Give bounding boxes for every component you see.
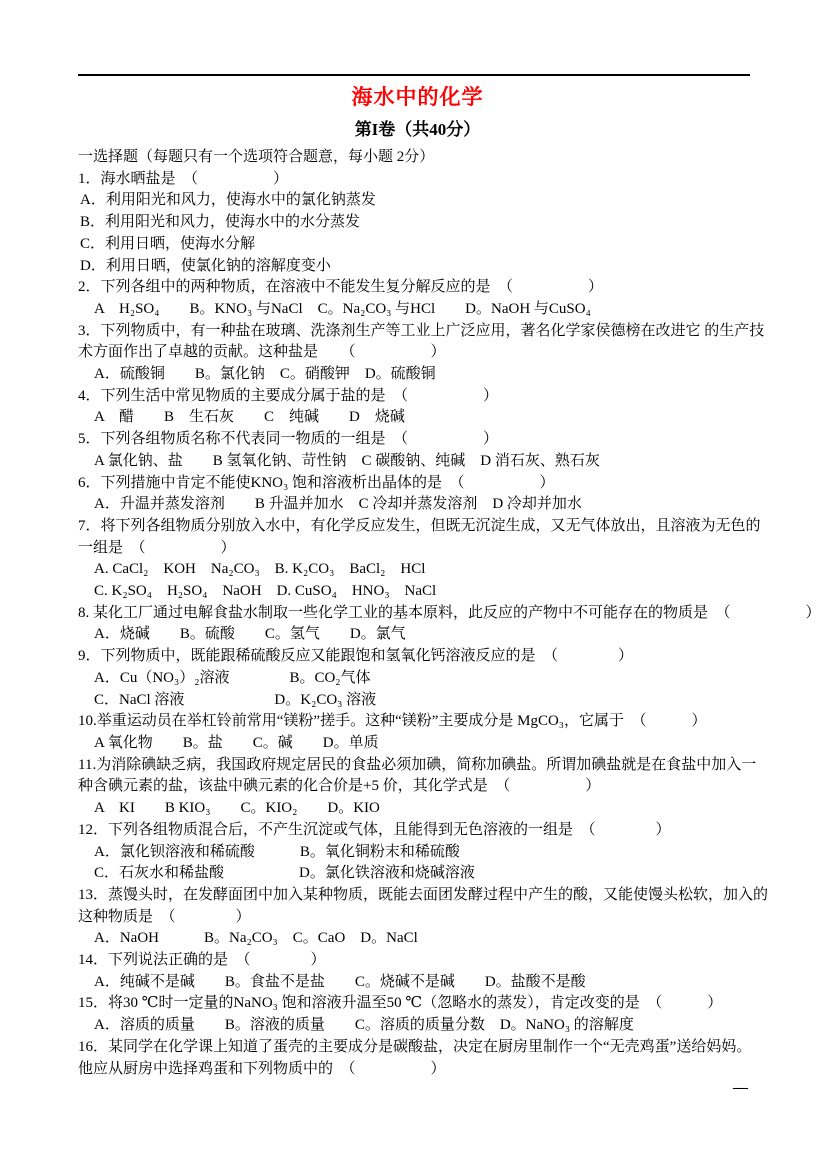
question-12-option-line: C．石灰水和稀盐酸 D。氯化铁溶液和烧碱溶液: [78, 863, 757, 885]
question-8-option-line: A．烧碱 B。硫酸 C。氢气 D。氯气: [78, 624, 757, 646]
question-7-option-line: A. CaCl₂ KOH Na₂CO₃ B. K₂CO₃ BaCl₂ HCl: [78, 559, 757, 581]
question-5-stem-line: 5．下列各组物质名称不代表同一物质的一组是 （ ）: [78, 429, 757, 451]
question-3-stem-line: 术方面作出了卓越的贡献。这种盐是 （ ）: [78, 342, 757, 364]
section-instructions: 一选择题（每题只有一个选项符合题意，每小题 2分）: [78, 147, 757, 169]
question-2-stem-line: 2．下列各组中的两种物质，在溶液中不能发生复分解反应的是 （ ）: [78, 277, 757, 299]
question-1-option-line: D．利用日晒，使氯化钠的溶解度变小: [78, 256, 757, 278]
question-3-stem-line: 3．下列物质中，有一种盐在玻璃、洗涤剂生产等工业上广泛应用，著名化学家侯德榜在改…: [78, 321, 757, 343]
question-6-stem-line: 6．下列措施中肯定不能使KNO₃ 饱和溶液析出晶体的是 （ ）: [78, 473, 757, 495]
question-4-stem-line: 4．下列生活中常见物质的主要成分属于盐的是 （ ）: [78, 386, 757, 408]
question-11-option-line: A KI B KIO₃ C。KIO₂ D。KIO: [78, 798, 757, 820]
question-16-stem-line: 他应从厨房中选择鸡蛋和下列物质中的 （ ）: [78, 1059, 757, 1081]
question-10-stem-line: 10.举重运动员在举杠铃前常用“镁粉”搓手。这种“镁粉”主要成分是 MgCO₃，…: [78, 711, 757, 733]
question-9-stem-line: 9．下列物质中，既能跟稀硫酸反应又能跟饱和氢氧化钙溶液反应的是 （ ）: [78, 646, 757, 668]
question-9-option-line: A．Cu（NO₃）₂溶液 B。CO₂气体: [78, 668, 757, 690]
question-1-option-line: C．利用日晒，使海水分解: [78, 234, 757, 256]
question-12-stem-line: 12．下列各组物质混合后，不产生沉淀或气体，且能得到无色溶液的一组是 （ ）: [78, 820, 757, 842]
horizontal-rule: [78, 74, 750, 76]
volume-heading: 第I卷（共40分）: [78, 119, 757, 141]
question-15-stem-line: 15．将30 ℃时一定量的NaNO₃ 饱和溶液升温至50 ℃（忽略水的蒸发），肯…: [78, 993, 757, 1015]
question-list: 1．海水晒盐是 （ ）A．利用阳光和风力，使海水中的氯化钠蒸发B．利用阳光和风力…: [78, 169, 757, 1081]
question-14-stem-line: 14．下列说法正确的是 （ ）: [78, 950, 757, 972]
question-5-option-line: A 氯化钠、盐 B 氢氧化钠、苛性钠 C 碳酸钠、纯碱 D 消石灰、熟石灰: [78, 451, 757, 473]
page-number-dash: —: [733, 1080, 748, 1097]
question-3-option-line: A．硫酸铜 B。氯化钠 C。硝酸钾 D。硫酸铜: [78, 364, 757, 386]
page-title: 海水中的化学: [78, 84, 757, 110]
question-13-stem-line: 13．蒸馒头时，在发酵面团中加入某种物质，既能去面团发酵过程中产生的酸，又能使馒…: [78, 885, 757, 907]
question-13-stem-line: 这种物质是 （ ）: [78, 907, 757, 929]
question-2-option-line: A H₂SO₄ B。KNO₃ 与NaCl C。Na₂CO₃ 与HCl D。NaO…: [78, 299, 757, 321]
question-16-stem-line: 16．某同学在化学课上知道了蛋壳的主要成分是碳酸盐，决定在厨房里制作一个“无壳鸡…: [78, 1037, 757, 1059]
question-15-option-line: A．溶质的质量 B。溶液的质量 C。溶质的质量分数 D。NaNO₃ 的溶解度: [78, 1015, 757, 1037]
question-10-option-line: A 氧化物 B。盐 C。碱 D。单质: [78, 733, 757, 755]
question-1-option-line: A．利用阳光和风力，使海水中的氯化钠蒸发: [78, 190, 757, 212]
question-7-stem-line: 一组是 （ ）: [78, 538, 757, 560]
question-8-stem-line: 8. 某化工厂通过电解食盐水制取一些化学工业的基本原料，此反应的产物中不可能存在…: [78, 603, 757, 625]
question-14-option-line: A．纯碱不是碱 B。食盐不是盐 C。烧碱不是碱 D。盐酸不是酸: [78, 972, 757, 994]
question-12-option-line: A．氯化钡溶液和稀硫酸 B。氧化铜粉末和稀硫酸: [78, 842, 757, 864]
question-11-stem-line: 11.为消除碘缺乏病，我国政府规定居民的食盐必须加碘，简称加碘盐。所谓加碘盐就是…: [78, 755, 757, 777]
question-11-stem-line: 种含碘元素的盐，该盐中碘元素的化合价是+5 价，其化学式是 （ ）: [78, 776, 757, 798]
question-4-option-line: A 醋 B 生石灰 C 纯碱 D 烧碱: [78, 407, 757, 429]
question-13-option-line: A．NaOH B。Na₂CO₃ C。CaO D。NaCl: [78, 928, 757, 950]
question-7-stem-line: 7．将下列各组物质分别放入水中，有化学反应发生，但既无沉淀生成，又无气体放出，且…: [78, 516, 757, 538]
exam-page: 海水中的化学 第I卷（共40分） 一选择题（每题只有一个选项符合题意，每小题 2…: [78, 84, 757, 1080]
question-9-option-line: C．NaCl 溶液 D。K₂CO₃ 溶液: [78, 690, 757, 712]
question-1-option-line: B．利用阳光和风力，使海水中的水分蒸发: [78, 212, 757, 234]
question-6-option-line: A．升温并蒸发溶剂 B 升温并加水 C 冷却并蒸发溶剂 D 冷却并加水: [78, 494, 757, 516]
question-1-stem-line: 1．海水晒盐是 （ ）: [78, 169, 757, 191]
question-7-option-line: C. K₂SO₄ H₂SO₄ NaOH D. CuSO₄ HNO₃ NaCl: [78, 581, 757, 603]
